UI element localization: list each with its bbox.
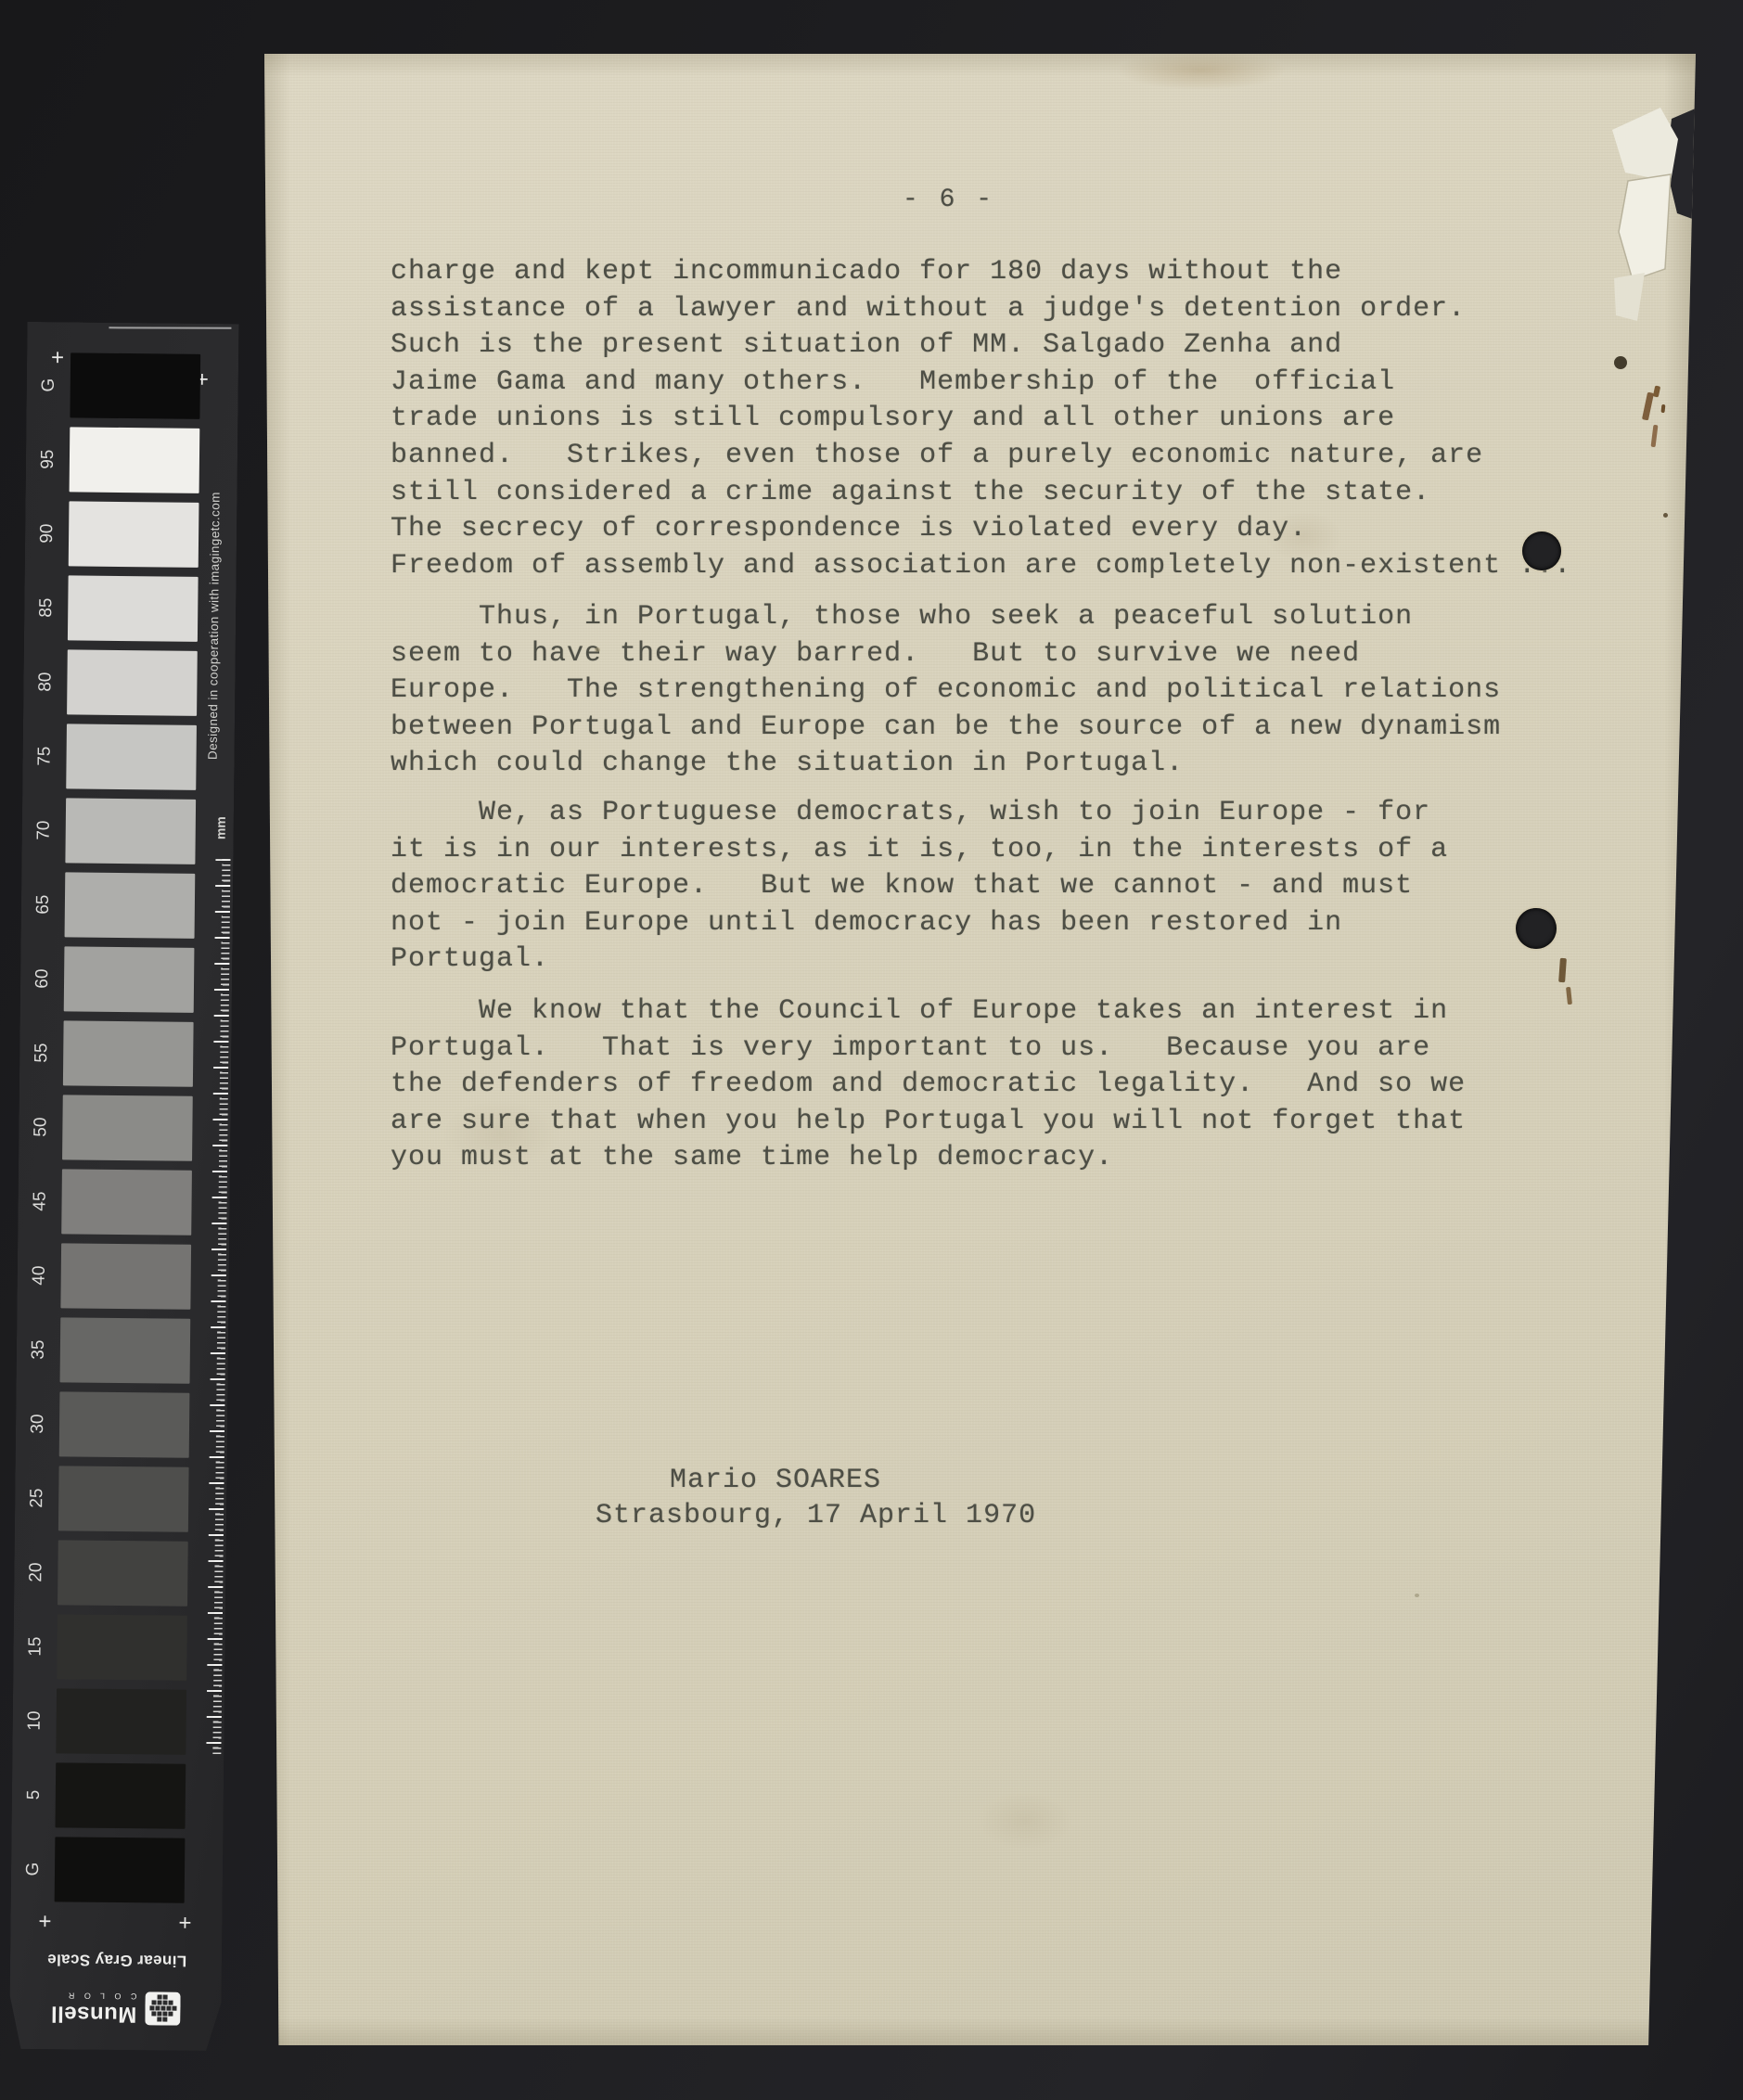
gray-patch-label: 25: [27, 1484, 47, 1512]
gray-patch-label: 85: [36, 594, 57, 621]
gray-patch-swatch: [66, 723, 197, 789]
paragraph-1: charge and kept incommunicado for 180 da…: [391, 254, 1571, 584]
gray-patch-label: 35: [29, 1336, 49, 1364]
gray-patch-row: 55: [63, 1020, 194, 1086]
gray-patch-swatch: [68, 575, 199, 641]
gray-scale-patches: G9590858075706560555045403530252015105G: [28, 322, 239, 324]
ruler-unit-label: mm: [213, 816, 228, 839]
gray-patch-label: 30: [28, 1410, 48, 1438]
gray-patch-row: 95: [70, 427, 200, 493]
gray-patch-swatch: [56, 1688, 186, 1754]
paper-speck: [1415, 1594, 1419, 1597]
gray-patch-swatch: [65, 798, 196, 864]
gray-patch-swatch: [62, 1095, 193, 1160]
mm-ruler-major-ticks: [206, 859, 230, 1755]
munsell-grid-icon: [145, 1991, 180, 2025]
rust-mark: [1651, 425, 1659, 447]
gray-patch-label: 65: [33, 890, 54, 918]
gray-patch-row: 10: [56, 1688, 186, 1754]
gray-patch-swatch: [60, 1317, 191, 1383]
gray-patch-swatch: [69, 501, 199, 567]
gray-patch-swatch: [57, 1614, 187, 1680]
gray-patch-label: 60: [32, 965, 53, 992]
munsell-logo: Munsell C O L O R: [35, 1980, 196, 2036]
gray-patch-swatch: [61, 1169, 192, 1235]
paper-speck: [1663, 513, 1668, 518]
paper-speck: [595, 647, 600, 652]
gray-patch-row: 90: [69, 501, 199, 567]
gray-patch-swatch: [70, 352, 200, 418]
gray-patch-label: 95: [38, 445, 58, 473]
gray-patch-label: 50: [31, 1113, 51, 1141]
punch-hole-top: [1522, 531, 1561, 570]
gray-patch-label: 55: [32, 1039, 52, 1067]
gray-patch-row: 25: [58, 1466, 189, 1531]
gray-patch-swatch: [55, 1837, 186, 1902]
gray-patch-swatch: [58, 1540, 188, 1606]
gray-patch-row: 75: [66, 723, 197, 789]
gray-patch-swatch: [58, 1466, 189, 1531]
munsell-color-subtitle: C O L O R: [65, 1991, 137, 2000]
rust-mark: [1566, 987, 1572, 1005]
paragraph-2: Thus, in Portugal, those who seek a peac…: [391, 599, 1501, 783]
gray-patch-swatch: [67, 649, 198, 715]
gray-patch-swatch: [56, 1762, 186, 1828]
gray-patch-row: 20: [58, 1540, 188, 1606]
strip-title: Linear Gray Scale: [41, 1950, 193, 1970]
gray-patch-label: 70: [34, 816, 55, 844]
gray-patch-row: 15: [57, 1614, 187, 1680]
gray-patch-label: 40: [30, 1261, 50, 1289]
strip-credit-text: Designed in cooperation with imagingetc.…: [206, 492, 223, 760]
gray-patch-label: G: [39, 371, 59, 399]
punch-hole-bottom: [1516, 908, 1557, 949]
gray-patch-row: G: [70, 352, 200, 418]
signature-place-date: Strasbourg, 17 April 1970: [596, 1498, 1036, 1535]
gray-patch-swatch: [64, 946, 195, 1012]
gray-patch-label: 90: [37, 519, 58, 547]
gray-patch-row: 30: [59, 1391, 190, 1457]
gray-patch-label: 20: [26, 1558, 46, 1586]
registration-cross: +: [34, 1912, 55, 1932]
paragraph-3: We, as Portuguese democrats, wish to joi…: [391, 795, 1448, 979]
gray-patch-row: 65: [65, 872, 196, 938]
gray-patch-swatch: [63, 1020, 194, 1086]
gray-patch-row: 85: [68, 575, 199, 641]
gray-patch-row: 50: [62, 1095, 193, 1160]
gray-patch-swatch: [65, 872, 196, 938]
signature-name: Mario SOARES: [670, 1463, 881, 1500]
registration-cross: +: [47, 348, 68, 368]
gray-patch-row: 40: [60, 1243, 191, 1309]
gray-patch-swatch: [70, 427, 200, 493]
gray-patch-label: 75: [34, 742, 55, 770]
gray-patch-row: 80: [67, 649, 198, 715]
rust-mark: [1558, 958, 1567, 982]
scratch-mark: [109, 327, 231, 328]
gray-patch-row: 35: [60, 1317, 191, 1383]
page-number: - 6 -: [903, 182, 994, 219]
gray-patch-swatch: [60, 1243, 191, 1309]
gray-patch-label: 10: [25, 1707, 45, 1735]
gray-scale-strip: + + + + G9590858075706560555045403530252…: [9, 322, 238, 2051]
registration-cross: +: [174, 1914, 195, 1934]
gray-patch-label: 80: [35, 668, 56, 696]
paragraph-4: We know that the Council of Europe takes…: [391, 993, 1466, 1177]
gray-patch-label: G: [23, 1855, 44, 1883]
archival-scan: - 6 - charge and kept incommunicado for …: [0, 0, 1743, 2100]
gray-patch-row: 45: [61, 1169, 192, 1235]
document-page: - 6 - charge and kept incommunicado for …: [264, 54, 1696, 2045]
gray-patch-row: 5: [56, 1762, 186, 1828]
gray-patch-row: 60: [64, 946, 195, 1012]
gray-patch-swatch: [59, 1391, 190, 1457]
gray-patch-label: 5: [24, 1781, 45, 1809]
torn-corner: [1582, 93, 1698, 427]
munsell-wordmark: Munsell: [50, 2002, 136, 2025]
gray-patch-label: 45: [30, 1187, 50, 1215]
gray-patch-label: 15: [25, 1633, 45, 1660]
gray-patch-row: G: [55, 1837, 186, 1902]
gray-patch-row: 70: [65, 798, 196, 864]
